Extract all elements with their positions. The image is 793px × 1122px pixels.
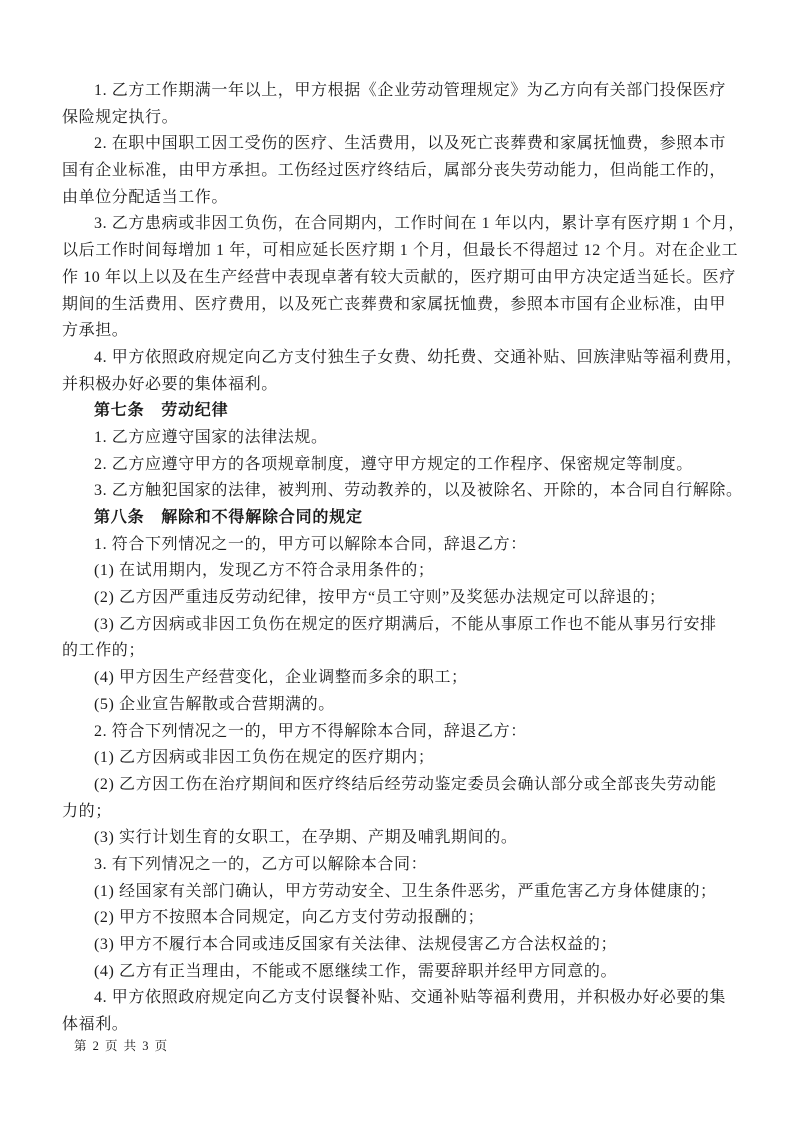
text-line: (4) 乙方有正当理由，不能或不愿继续工作，需要辞职并经甲方同意的。 <box>62 959 734 986</box>
text-line: 的工作的； <box>62 638 734 665</box>
text-line: 2. 符合下列情况之一的，甲方不得解除本合同，辞退乙方： <box>62 719 734 746</box>
text-line: (2) 乙方因工伤在治疗期间和医疗终结后经劳动鉴定委员会确认部分或全部丧失劳动能 <box>62 772 734 799</box>
text-line: 1. 符合下列情况之一的，甲方可以解除本合同，辞退乙方： <box>62 532 734 559</box>
text-line: 期间的生活费用、医疗费用，以及死亡丧葬费和家属抚恤费，参照本市国有企业标准，由甲 <box>62 292 734 319</box>
text-line: (3) 乙方因病或非因工负伤在规定的医疗期满后，不能从事原工作也不能从事另行安排 <box>62 612 734 639</box>
section-heading-article-7: 第七条 劳动纪律 <box>62 398 734 425</box>
text-line: 4. 甲方依照政府规定向乙方支付误餐补贴、交通补贴等福利费用，并积极办好必要的集 <box>62 985 734 1012</box>
text-line: 力的； <box>62 799 734 826</box>
text-line: 3. 乙方触犯国家的法律，被判刑、劳动教养的，以及被除名、开除的，本合同自行解除… <box>62 478 734 505</box>
text-line: 1. 乙方应遵守国家的法律法规。 <box>62 425 734 452</box>
text-line: 并积极办好必要的集体福利。 <box>62 372 734 399</box>
text-line: (1) 乙方因病或非因工负伤在规定的医疗期内； <box>62 745 734 772</box>
text-line: 由单位分配适当工作。 <box>62 185 734 212</box>
text-line: (3) 实行计划生育的女职工，在孕期、产期及哺乳期间的。 <box>62 825 734 852</box>
document-page: 1. 乙方工作期满一年以上，甲方根据《企业劳动管理规定》为乙方向有关部门投保医疗… <box>0 0 793 1122</box>
text-line: 2. 在职中国职工因工受伤的医疗、生活费用，以及死亡丧葬费和家属抚恤费，参照本市 <box>62 131 734 158</box>
text-line: (2) 甲方不按照本合同规定，向乙方支付劳动报酬的； <box>62 905 734 932</box>
text-line: (1) 经国家有关部门确认，甲方劳动安全、卫生条件恶劣，严重危害乙方身体健康的； <box>62 879 734 906</box>
text-line: (4) 甲方因生产经营变化，企业调整而多余的职工； <box>62 665 734 692</box>
text-line: 1. 乙方工作期满一年以上，甲方根据《企业劳动管理规定》为乙方向有关部门投保医疗 <box>62 78 734 105</box>
document-body: 1. 乙方工作期满一年以上，甲方根据《企业劳动管理规定》为乙方向有关部门投保医疗… <box>62 78 734 1039</box>
page-footer: 第 2 页 共 3 页 <box>74 1038 169 1054</box>
text-line: (5) 企业宣告解散或合营期满的。 <box>62 692 734 719</box>
text-line: 国有企业标准，由甲方承担。工伤经过医疗终结后，属部分丧失劳动能力，但尚能工作的， <box>62 158 734 185</box>
text-line: (2) 乙方因严重违反劳动纪律，按甲方“员工守则”及奖惩办法规定可以辞退的； <box>62 585 734 612</box>
text-line: 4. 甲方依照政府规定向乙方支付独生子女费、幼托费、交通补贴、回族津贴等福利费用… <box>62 345 734 372</box>
text-line: (3) 甲方不履行本合同或违反国家有关法律、法规侵害乙方合法权益的； <box>62 932 734 959</box>
section-heading-article-8: 第八条 解除和不得解除合同的规定 <box>62 505 734 532</box>
text-line: (1) 在试用期内，发现乙方不符合录用条件的； <box>62 558 734 585</box>
text-line: 3. 有下列情况之一的，乙方可以解除本合同： <box>62 852 734 879</box>
text-line: 以后工作时间每增加 1 年，可相应延长医疗期 1 个月，但最长不得超过 12 个… <box>62 238 734 265</box>
text-line: 方承担。 <box>62 318 734 345</box>
text-line: 作 10 年以上以及在生产经营中表现卓著有较大贡献的，医疗期可由甲方决定适当延长… <box>62 265 734 292</box>
text-line: 2. 乙方应遵守甲方的各项规章制度，遵守甲方规定的工作程序、保密规定等制度。 <box>62 452 734 479</box>
text-line: 3. 乙方患病或非因工负伤，在合同期内，工作时间在 1 年以内，累计享有医疗期 … <box>62 211 734 238</box>
text-line: 体福利。 <box>62 1012 734 1039</box>
text-line: 保险规定执行。 <box>62 105 734 132</box>
